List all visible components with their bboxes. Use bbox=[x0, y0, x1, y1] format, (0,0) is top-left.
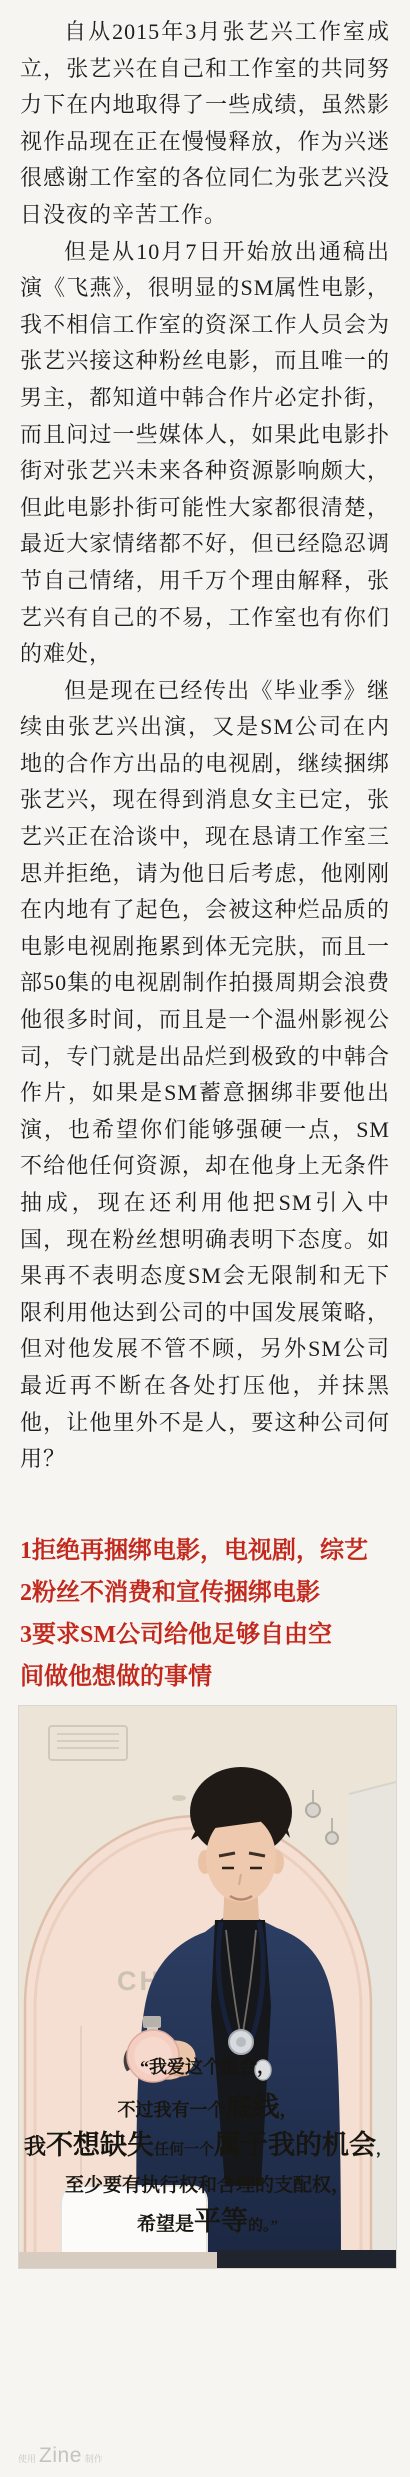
paragraph-3: 但是现在已经传出《毕业季》继续由张艺兴出演，又是SM公司在内地的合作方出品的电视… bbox=[20, 673, 390, 1478]
demand-item-1: 1拒绝再捆绑电影，电视剧，综艺 bbox=[20, 1530, 394, 1572]
floor-strip-left bbox=[19, 2252, 217, 2268]
trousers-strip bbox=[217, 2250, 396, 2268]
ceiling-speck bbox=[172, 1795, 186, 1801]
watermark-prefix: 使用 bbox=[18, 2454, 36, 2464]
demand-item-3: 3要求SM公司给他足够自由空间做他想做的事情 bbox=[20, 1614, 352, 1698]
zine-watermark: 使用Zine制作 bbox=[18, 2444, 103, 2468]
photo-illustration: CH bbox=[19, 1706, 396, 2268]
necklace-pendant-small bbox=[255, 2060, 271, 2080]
paragraph-1: 自从2015年3月张艺兴工作室成立，张艺兴在自己和工作室的共同努力下在内地取得了… bbox=[20, 14, 390, 234]
fan-demands-list: 1拒绝再捆绑电影，电视剧，综艺 2粉丝不消费和宣传捆绑电影 3要求SM公司给他足… bbox=[20, 1530, 394, 1698]
photo-zhang-yixing: CH bbox=[18, 1705, 397, 2269]
watermark-suffix: 制作 bbox=[85, 2454, 103, 2464]
zine-logo: Zine bbox=[39, 2444, 82, 2467]
bottle-cap bbox=[143, 2016, 161, 2028]
air-vent-icon bbox=[49, 1726, 127, 1760]
perfume-liquid bbox=[134, 2037, 172, 2075]
article-page: 自从2015年3月张艺兴工作室成立，张艺兴在自己和工作室的共同努力下在内地取得了… bbox=[0, 0, 410, 2477]
demand-item-2: 2粉丝不消费和宣传捆绑电影 bbox=[20, 1572, 394, 1614]
necklace-pendant-center bbox=[236, 2037, 246, 2047]
paragraph-2: 但是从10月7日开始放出通稿出演《飞燕》，很明显的SM属性电影，我不相信工作室的… bbox=[20, 234, 390, 673]
article-body: 自从2015年3月张艺兴工作室成立，张艺兴在自己和工作室的共同努力下在内地取得了… bbox=[20, 14, 390, 1478]
